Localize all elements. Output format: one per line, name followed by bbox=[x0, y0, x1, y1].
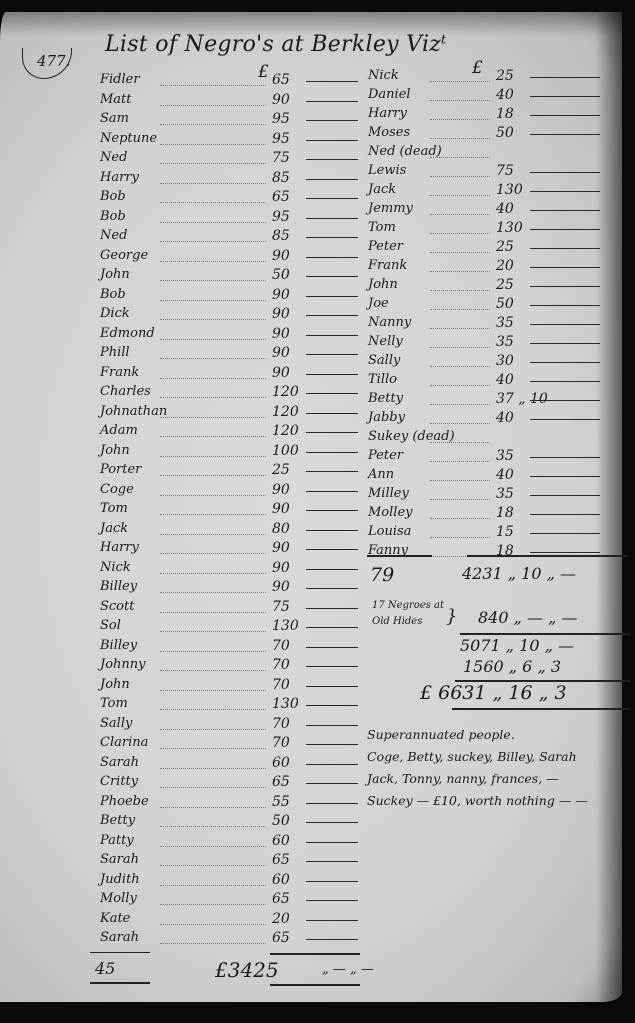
entry-name: Billey bbox=[100, 638, 137, 653]
ledger-row: Jack80 bbox=[100, 521, 358, 541]
ledger-row: Frank90 bbox=[100, 365, 358, 385]
ledger-row: John70 bbox=[100, 677, 358, 697]
ledger-row: Coge90 bbox=[100, 482, 358, 502]
ledger-row: Matt90 bbox=[100, 92, 358, 112]
entry-amount: 75 bbox=[272, 150, 290, 166]
leader-dots bbox=[160, 513, 266, 515]
ledger-row: Nick25 bbox=[368, 68, 600, 88]
shillings-pence-dashes bbox=[530, 400, 600, 402]
shillings-pence-dashes bbox=[306, 218, 358, 220]
left-total-rule bbox=[270, 953, 360, 955]
ledger-row: Neptune95 bbox=[100, 131, 358, 151]
entry-name: Johnathan bbox=[100, 404, 167, 419]
entry-name: Bob bbox=[100, 189, 126, 204]
shillings-pence-dashes bbox=[306, 666, 358, 668]
entry-name: Sol bbox=[100, 618, 121, 633]
entry-amount: 60 bbox=[272, 755, 290, 771]
ledger-row: Ned85 bbox=[100, 228, 358, 248]
ledger-row: Nelly35 bbox=[368, 334, 600, 354]
leader-dots bbox=[160, 786, 266, 788]
leader-dots bbox=[160, 299, 266, 301]
ledger-row: Peter25 bbox=[368, 239, 600, 259]
entry-amount: 90 bbox=[272, 326, 290, 342]
ledger-row: Sally30 bbox=[368, 353, 600, 373]
ledger-row: Sukey (dead) bbox=[368, 429, 600, 449]
ledger-row: John50 bbox=[100, 267, 358, 287]
leader-dots bbox=[430, 156, 490, 158]
leader-dots bbox=[160, 377, 266, 379]
leader-dots bbox=[160, 416, 266, 418]
entry-amount: 70 bbox=[272, 735, 290, 751]
page-number-bracket: 477. bbox=[22, 48, 72, 79]
leader-dots bbox=[160, 806, 266, 808]
shillings-pence-dashes bbox=[530, 362, 600, 364]
right-subtotal-1: 4231 „ 10 „ — bbox=[462, 564, 576, 583]
ledger-row: Phill90 bbox=[100, 345, 358, 365]
leader-dots bbox=[430, 422, 490, 424]
entry-name: Nick bbox=[368, 68, 399, 83]
entry-amount: 40 bbox=[496, 201, 514, 217]
entry-amount: 90 bbox=[272, 540, 290, 556]
shillings-pence-dashes bbox=[306, 530, 358, 532]
shillings-pence-dashes bbox=[306, 744, 358, 746]
entry-name: John bbox=[368, 277, 398, 292]
ledger-row: Daniel40 bbox=[368, 87, 600, 107]
shillings-pence-dashes bbox=[306, 354, 358, 356]
entry-amount: 80 bbox=[272, 521, 290, 537]
leader-dots bbox=[160, 260, 266, 262]
shillings-pence-dashes bbox=[306, 725, 358, 727]
shillings-pence-dashes bbox=[306, 686, 358, 688]
entry-amount: 90 bbox=[272, 92, 290, 108]
shillings-pence-dashes bbox=[306, 315, 358, 317]
ledger-row: Sarah60 bbox=[100, 755, 358, 775]
leader-dots bbox=[430, 118, 490, 120]
ledger-row: Joe50 bbox=[368, 296, 600, 316]
left-total-dashes: „ — „ — bbox=[322, 962, 374, 977]
entry-amount: 50 bbox=[272, 813, 290, 829]
leader-dots bbox=[160, 884, 266, 886]
shillings-pence-dashes bbox=[530, 381, 600, 383]
entry-name: Harry bbox=[100, 540, 139, 555]
shillings-pence-dashes bbox=[306, 822, 358, 824]
leader-dots bbox=[160, 104, 266, 106]
leader-dots bbox=[160, 533, 266, 535]
ledger-row: Nanny35 bbox=[368, 315, 600, 335]
entry-name: Jemmy bbox=[368, 201, 413, 216]
ledger-row: John100 bbox=[100, 443, 358, 463]
entry-amount: 50 bbox=[496, 125, 514, 141]
entry-amount: 65 bbox=[272, 774, 290, 790]
entry-name: Sam bbox=[100, 111, 129, 126]
shillings-pence-dashes bbox=[530, 343, 600, 345]
leader-dots bbox=[430, 175, 490, 177]
entry-amount: 90 bbox=[272, 306, 290, 322]
superannuated-heading: Superannuated people. bbox=[367, 727, 515, 742]
entry-amount: 65 bbox=[272, 930, 290, 946]
shillings-pence-dashes bbox=[306, 549, 358, 551]
entry-name: John bbox=[100, 677, 130, 692]
entry-amount: 95 bbox=[272, 131, 290, 147]
leader-dots bbox=[430, 517, 490, 519]
entry-amount: 25 bbox=[272, 462, 290, 478]
ledger-row: Louisa15 bbox=[368, 524, 600, 544]
entry-name: Billey bbox=[100, 579, 137, 594]
entry-amount: 37 „ 10 bbox=[496, 391, 548, 407]
entry-name: Porter bbox=[100, 462, 141, 477]
entry-name: Sarah bbox=[100, 852, 139, 867]
entry-amount: 18 bbox=[496, 106, 514, 122]
ledger-row: Sam95 bbox=[100, 111, 358, 131]
entry-name: Daniel bbox=[368, 87, 411, 102]
shillings-pence-dashes bbox=[530, 305, 600, 307]
entry-amount: 90 bbox=[272, 345, 290, 361]
leader-dots bbox=[160, 318, 266, 320]
leader-dots bbox=[160, 143, 266, 145]
leader-dots bbox=[160, 708, 266, 710]
leader-dots bbox=[160, 494, 266, 496]
shillings-pence-dashes bbox=[530, 324, 600, 326]
leader-dots bbox=[160, 611, 266, 613]
entry-name: Molly bbox=[100, 891, 137, 906]
shillings-pence-dashes bbox=[530, 248, 600, 250]
entry-amount: 120 bbox=[272, 404, 299, 420]
ledger-row: Patty60 bbox=[100, 833, 358, 853]
leader-dots bbox=[160, 182, 266, 184]
entry-name: Phoebe bbox=[100, 794, 149, 809]
entry-name: John bbox=[100, 443, 130, 458]
entry-name: Betty bbox=[100, 813, 135, 828]
entry-name: Patty bbox=[100, 833, 134, 848]
entry-name: Edmond bbox=[100, 326, 155, 341]
leader-dots bbox=[160, 923, 266, 925]
leader-dots bbox=[430, 460, 490, 462]
ledger-row: Tom130 bbox=[100, 696, 358, 716]
shillings-pence-dashes bbox=[306, 900, 358, 902]
ledger-row: Peter35 bbox=[368, 448, 600, 468]
entry-amount: 85 bbox=[272, 170, 290, 186]
ledger-row: Sarah65 bbox=[100, 930, 358, 950]
shillings-pence-dashes bbox=[306, 432, 358, 434]
shillings-pence-dashes bbox=[530, 115, 600, 117]
shillings-pence-dashes bbox=[306, 471, 358, 473]
shillings-pence-dashes bbox=[306, 627, 358, 629]
ledger-row: Bob95 bbox=[100, 209, 358, 229]
entry-amount: 90 bbox=[272, 248, 290, 264]
entry-amount: 90 bbox=[272, 501, 290, 517]
entry-amount: 35 bbox=[496, 334, 514, 350]
entry-amount: 65 bbox=[272, 891, 290, 907]
leader-dots bbox=[430, 80, 490, 82]
ledger-row: Nick90 bbox=[100, 560, 358, 580]
entry-name: Kate bbox=[100, 911, 130, 926]
shillings-pence-dashes bbox=[530, 495, 600, 497]
leader-dots bbox=[160, 767, 266, 769]
entry-amount: 95 bbox=[272, 209, 290, 225]
entry-name: Joe bbox=[368, 296, 389, 311]
entry-amount: 90 bbox=[272, 560, 290, 576]
ledger-row: Ann40 bbox=[368, 467, 600, 487]
ledger-row: Ned (dead) bbox=[368, 144, 600, 164]
shillings-pence-dashes bbox=[530, 514, 600, 516]
ledger-row: Jabby40 bbox=[368, 410, 600, 430]
shillings-pence-dashes bbox=[306, 81, 358, 83]
shillings-pence-dashes bbox=[306, 569, 358, 571]
entry-name: Bob bbox=[100, 287, 126, 302]
leader-dots bbox=[160, 845, 266, 847]
shillings-pence-dashes bbox=[306, 842, 358, 844]
shillings-pence-dashes bbox=[530, 552, 600, 554]
left-total-underline bbox=[270, 984, 360, 986]
hides-brace: } bbox=[446, 606, 457, 627]
leader-dots bbox=[430, 327, 490, 329]
leader-dots bbox=[430, 498, 490, 500]
ledger-row: Sally70 bbox=[100, 716, 358, 736]
ledger-row: Jack130 bbox=[368, 182, 600, 202]
entry-name: Moses bbox=[368, 125, 410, 140]
ledger-row: Billey70 bbox=[100, 638, 358, 658]
entry-name: George bbox=[100, 248, 148, 263]
entry-name: Milley bbox=[368, 486, 409, 501]
entry-name: Clarina bbox=[100, 735, 148, 750]
shillings-pence-dashes bbox=[530, 210, 600, 212]
shillings-pence-dashes bbox=[306, 764, 358, 766]
entry-name: Frank bbox=[368, 258, 407, 273]
shillings-pence-dashes bbox=[530, 457, 600, 459]
page-title: List of Negro's at Berkley Vizᵗ bbox=[105, 32, 447, 57]
ledger-row: John25 bbox=[368, 277, 600, 297]
shillings-pence-dashes bbox=[530, 134, 600, 136]
shillings-pence-dashes bbox=[530, 77, 600, 79]
shillings-pence-dashes bbox=[530, 191, 600, 193]
leader-dots bbox=[160, 669, 266, 671]
ledger-row: Fanny18 bbox=[368, 543, 600, 563]
ledger-page: 477. List of Negro's at Berkley Vizᵗ £ £… bbox=[0, 12, 622, 1002]
leader-dots bbox=[430, 137, 490, 139]
entry-amount: 50 bbox=[272, 267, 290, 283]
entry-amount: 130 bbox=[496, 182, 523, 198]
entry-amount: 65 bbox=[272, 189, 290, 205]
entry-name: John bbox=[100, 267, 130, 282]
right-count-rule bbox=[367, 555, 432, 557]
shillings-pence-dashes bbox=[306, 705, 358, 707]
shillings-pence-dashes bbox=[530, 267, 600, 269]
grand-total: £ 6631 „ 16 „ 3 bbox=[420, 682, 567, 704]
ledger-row: Johnny70 bbox=[100, 657, 358, 677]
entry-name: Dick bbox=[100, 306, 130, 321]
entry-name: Phill bbox=[100, 345, 130, 360]
superannuated-line-1: Coge, Betty, suckey, Billey, Sarah bbox=[367, 749, 577, 764]
ledger-row: Porter25 bbox=[100, 462, 358, 482]
shillings-pence-dashes bbox=[530, 172, 600, 174]
ledger-row: Edmond90 bbox=[100, 326, 358, 346]
grand-total-underline bbox=[452, 708, 630, 710]
entry-name: Tom bbox=[100, 696, 128, 711]
leader-dots bbox=[430, 213, 490, 215]
ledger-row: George90 bbox=[100, 248, 358, 268]
entry-amount: 40 bbox=[496, 467, 514, 483]
entry-amount: 20 bbox=[272, 911, 290, 927]
superannuated-line-2: Jack, Tonny, nanny, frances, — bbox=[367, 771, 559, 786]
shillings-pence-dashes bbox=[306, 413, 358, 415]
ledger-row: Johnathan120 bbox=[100, 404, 358, 424]
leader-dots bbox=[160, 864, 266, 866]
entry-name: Bob bbox=[100, 209, 126, 224]
entry-amount: 130 bbox=[272, 618, 299, 634]
leader-dots bbox=[160, 689, 266, 691]
leader-dots bbox=[160, 357, 266, 359]
entry-amount: 75 bbox=[496, 163, 514, 179]
shillings-pence-dashes bbox=[306, 335, 358, 337]
shillings-pence-dashes bbox=[530, 533, 600, 535]
entry-name: Ned bbox=[100, 228, 127, 243]
left-count-rule bbox=[90, 952, 150, 953]
ledger-row: Billey90 bbox=[100, 579, 358, 599]
leader-dots bbox=[430, 384, 490, 386]
leader-dots bbox=[160, 84, 266, 86]
ledger-row: Ned75 bbox=[100, 150, 358, 170]
entry-name: Scott bbox=[100, 599, 134, 614]
entry-name: Frank bbox=[100, 365, 139, 380]
leader-dots bbox=[430, 270, 490, 272]
leader-dots bbox=[160, 338, 266, 340]
ledger-row: Adam120 bbox=[100, 423, 358, 443]
entry-name: Matt bbox=[100, 92, 132, 107]
entry-name: Charles bbox=[100, 384, 151, 399]
entry-amount: 40 bbox=[496, 410, 514, 426]
leader-dots bbox=[430, 479, 490, 481]
leader-dots bbox=[430, 99, 490, 101]
ledger-row: Kate20 bbox=[100, 911, 358, 931]
entry-name: Ned bbox=[100, 150, 127, 165]
leader-dots bbox=[160, 572, 266, 574]
ledger-row: Sarah65 bbox=[100, 852, 358, 872]
leader-dots bbox=[430, 232, 490, 234]
shillings-pence-dashes bbox=[306, 237, 358, 239]
shillings-pence-dashes bbox=[306, 608, 358, 610]
leader-dots bbox=[430, 308, 490, 310]
leader-dots bbox=[430, 441, 490, 443]
entry-name: Judith bbox=[100, 872, 140, 887]
leader-dots bbox=[160, 201, 266, 203]
shillings-pence-dashes bbox=[306, 881, 358, 883]
ledger-row: Clarina70 bbox=[100, 735, 358, 755]
entry-amount: 65 bbox=[272, 852, 290, 868]
entry-name: Tillo bbox=[368, 372, 397, 387]
leader-dots bbox=[160, 650, 266, 652]
ledger-row: Sol130 bbox=[100, 618, 358, 638]
entry-amount: 90 bbox=[272, 579, 290, 595]
shillings-pence-dashes bbox=[530, 476, 600, 478]
shillings-pence-dashes bbox=[306, 588, 358, 590]
shillings-pence-dashes bbox=[306, 647, 358, 649]
entry-amount: 60 bbox=[272, 872, 290, 888]
shillings-pence-dashes bbox=[530, 96, 600, 98]
ledger-row: Frank20 bbox=[368, 258, 600, 278]
shillings-pence-dashes bbox=[306, 179, 358, 181]
leader-dots bbox=[160, 728, 266, 730]
ledger-row: Moses50 bbox=[368, 125, 600, 145]
shillings-pence-dashes bbox=[306, 861, 358, 863]
shillings-pence-dashes bbox=[530, 419, 600, 421]
shillings-pence-dashes bbox=[306, 452, 358, 454]
entry-name: Johnny bbox=[100, 657, 146, 672]
leader-dots bbox=[160, 435, 266, 437]
shillings-pence-dashes bbox=[306, 296, 358, 298]
leader-dots bbox=[160, 240, 266, 242]
leader-dots bbox=[160, 123, 266, 125]
leader-dots bbox=[430, 403, 490, 405]
entry-name: Critty bbox=[100, 774, 138, 789]
ledger-row: Critty65 bbox=[100, 774, 358, 794]
entry-amount: 90 bbox=[272, 365, 290, 381]
leader-dots bbox=[160, 630, 266, 632]
ledger-row: Lewis75 bbox=[368, 163, 600, 183]
entry-amount: 35 bbox=[496, 448, 514, 464]
subtotal-2-rule bbox=[460, 633, 630, 635]
entry-name: Nanny bbox=[368, 315, 411, 330]
entry-amount: 60 bbox=[272, 833, 290, 849]
leader-dots bbox=[430, 289, 490, 291]
entry-amount: 20 bbox=[496, 258, 514, 274]
ledger-row: Betty37 „ 10 bbox=[368, 391, 600, 411]
leader-dots bbox=[160, 279, 266, 281]
entry-name: Peter bbox=[368, 239, 403, 254]
entry-amount: 120 bbox=[272, 423, 299, 439]
entry-amount: 25 bbox=[496, 277, 514, 293]
entry-amount: 25 bbox=[496, 68, 514, 84]
entry-amount: 65 bbox=[272, 72, 290, 88]
entry-amount: 90 bbox=[272, 287, 290, 303]
entry-name: Louisa bbox=[368, 524, 411, 539]
ledger-row: Judith60 bbox=[100, 872, 358, 892]
leader-dots bbox=[160, 591, 266, 593]
ledger-row: Fidler65 bbox=[100, 72, 358, 92]
leader-dots bbox=[160, 221, 266, 223]
entry-amount: 70 bbox=[272, 657, 290, 673]
ledger-row: Dick90 bbox=[100, 306, 358, 326]
entry-amount: 25 bbox=[496, 239, 514, 255]
entry-name: Adam bbox=[100, 423, 138, 438]
entry-amount: 50 bbox=[496, 296, 514, 312]
entry-amount: 55 bbox=[272, 794, 290, 810]
ledger-row: Harry85 bbox=[100, 170, 358, 190]
entry-name: Jabby bbox=[368, 410, 405, 425]
entry-name: Sally bbox=[368, 353, 400, 368]
entry-name: Nick bbox=[100, 560, 131, 575]
ledger-row: Phoebe55 bbox=[100, 794, 358, 814]
ledger-row: Molly65 bbox=[100, 891, 358, 911]
entry-amount: 30 bbox=[496, 353, 514, 369]
entry-amount: 40 bbox=[496, 87, 514, 103]
shillings-pence-dashes bbox=[306, 101, 358, 103]
entry-name: Harry bbox=[100, 170, 139, 185]
leader-dots bbox=[160, 825, 266, 827]
ledger-row: Bob65 bbox=[100, 189, 358, 209]
ledger-row: Scott75 bbox=[100, 599, 358, 619]
shillings-pence-dashes bbox=[306, 257, 358, 259]
ledger-row: Bob90 bbox=[100, 287, 358, 307]
leader-dots bbox=[160, 903, 266, 905]
entry-name: Peter bbox=[368, 448, 403, 463]
hides-amount: 840 „ — „ — bbox=[478, 608, 577, 627]
leader-dots bbox=[160, 942, 266, 944]
entry-name: Coge bbox=[100, 482, 134, 497]
entry-name: Tom bbox=[100, 501, 128, 516]
entry-amount: 120 bbox=[272, 384, 299, 400]
shillings-pence-dashes bbox=[306, 939, 358, 941]
shillings-pence-dashes bbox=[306, 120, 358, 122]
